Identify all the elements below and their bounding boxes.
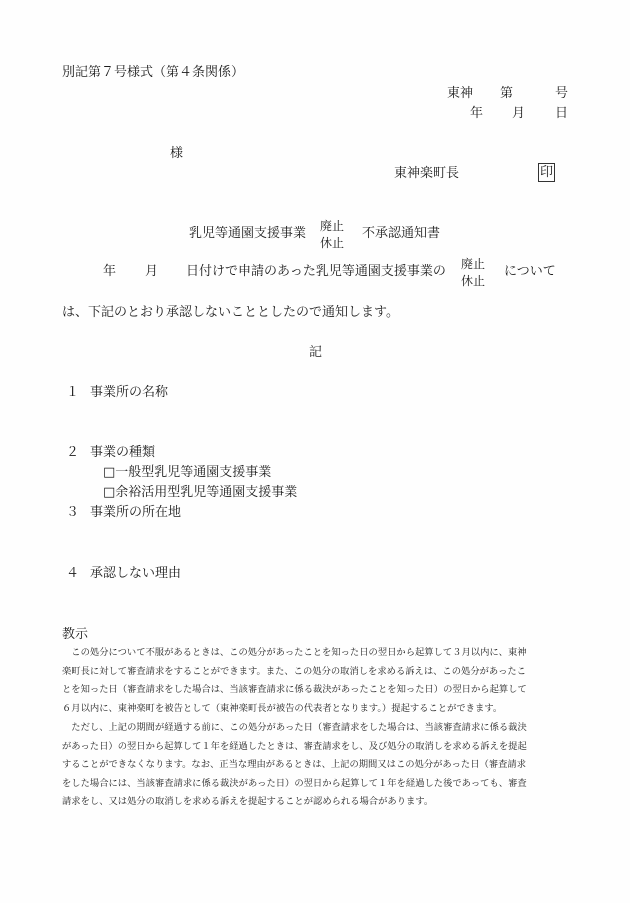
instruction-line: することができなくなります。なお、正当な理由があるときは、上記の期間又はこの処分… [62,756,572,775]
instruction-line: 請求をし、又は処分の取消しを求める訴えを提起することが認められる場合があります。 [62,793,572,812]
body-option-haishi: 廃止 [461,256,485,273]
seal-mark: 印 [538,163,555,182]
item-3-label: 事業所の所在地 [90,505,181,521]
doc-number-go: 号 [555,86,568,102]
issuer-name: 東神楽町長 [394,166,459,182]
instruction-line: ６月以内に、東神楽町を被告として（東神楽町長が被告の代表者となります。）提起する… [62,700,572,719]
title-suffix: 不承認通知書 [362,226,440,242]
item-3-number: ３ [66,505,79,521]
addressee-sama: 様 [170,146,183,162]
body-middle: 日付けで申請のあった乳児等通園支援事業の [186,264,446,280]
instruction-line: ただし、上記の期間が経過する前に、この処分があった日（審査請求をした場合は、当該… [62,719,572,738]
instruction-paragraph-1: この処分について不服があるときは、この処分があったことを知った日の翌日から起算し… [62,644,572,718]
body-options: 廃止 休止 [461,253,485,290]
instruction-paragraph-2: ただし、上記の期間が経過する前に、この処分があった日（審査請求をした場合は、当該… [62,719,572,812]
checkbox-icon[interactable]: □ [103,485,115,500]
instruction-line: この処分について不服があるときは、この処分があったことを知った日の翌日から起算し… [62,644,572,663]
business-type-surplus[interactable]: □余裕活用型乳児等通園支援事業 [103,485,297,501]
doc-number-prefix: 東神 [447,86,473,102]
title-option-kyushi: 休止 [320,235,344,252]
date-month: 月 [512,106,525,122]
item-2-label: 事業の種類 [90,445,155,461]
date-year: 年 [470,106,483,122]
item-1-label: 事業所の名称 [90,385,168,401]
form-label: 別記第７号様式（第４条関係） [62,65,244,81]
date-day: 日 [555,106,568,122]
instruction-line: があった日）の翌日から起算して１年を経過したときは、審査請求をし、及び処分の取消… [62,738,572,757]
instruction-line: 楽町長に対して審査請求をすることができます。また、この処分の取消しを求める訴えは… [62,663,572,682]
body-line2: は、下記のとおり承認しないこととしたので通知します。 [62,305,399,321]
item-4-number: ４ [66,566,79,582]
item-1-number: １ [66,385,79,401]
item-2-number: ２ [66,445,79,461]
body-month: 月 [145,264,158,280]
instruction-line: をした場合には、当該審査請求に係る裁決があった日）の翌日から起算して１年を経過し… [62,775,572,794]
business-type-general[interactable]: □一般型乳児等通園支援事業 [103,465,271,481]
doc-number-dai: 第 [500,86,513,102]
business-type-label: 一般型乳児等通園支援事業 [115,465,271,480]
body-option-kyushi: 休止 [461,273,485,290]
title-options: 廃止 休止 [320,215,344,252]
instruction-line: とを知った日（審査請求をした場合は、当該審査請求に係る裁決があったことを知った日… [62,681,572,700]
business-type-label: 余裕活用型乳児等通園支援事業 [115,485,297,500]
ki-heading: 記 [309,345,322,361]
title-option-haishi: 廃止 [320,218,344,235]
checkbox-icon[interactable]: □ [103,465,115,480]
body-tsuite: について [504,264,556,280]
body-year: 年 [103,264,116,280]
item-4-label: 承認しない理由 [90,566,181,582]
title-prefix: 乳児等通園支援事業 [189,226,306,242]
instruction-heading: 教示 [62,627,88,643]
